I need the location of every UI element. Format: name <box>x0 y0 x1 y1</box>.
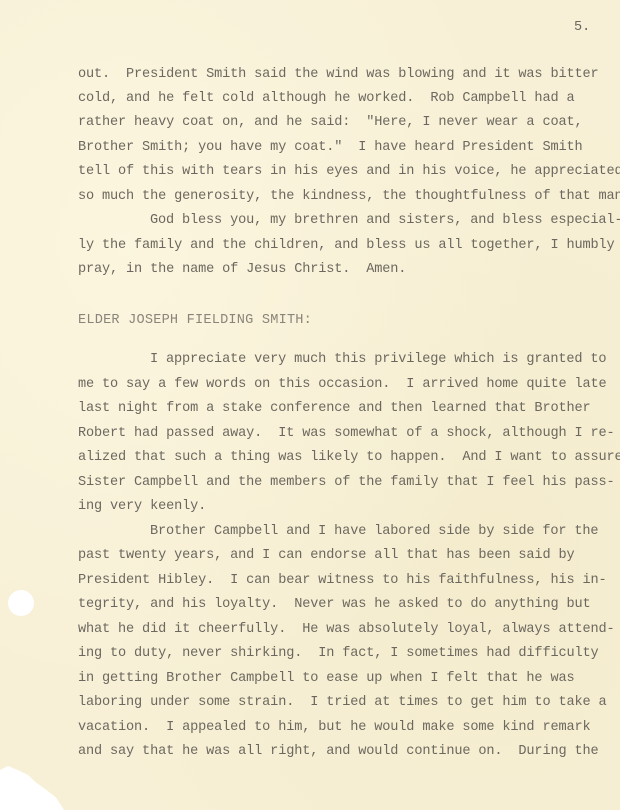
text-line: President Hibley. I can bear witness to … <box>78 573 607 589</box>
speaker-heading: ELDER JOSEPH FIELDING SMITH: <box>78 313 312 329</box>
text-line: and say that he was all right, and would… <box>78 744 599 760</box>
text-line: me to say a few words on this occasion. … <box>78 377 607 393</box>
text-line: ly the family and the children, and bles… <box>78 238 615 254</box>
text-line: Sister Campbell and the members of the f… <box>78 475 615 491</box>
text-line: in getting Brother Campbell to ease up w… <box>78 671 574 687</box>
text-line: God bless you, my brethren and sisters, … <box>150 213 620 229</box>
text-line: out. President Smith said the wind was b… <box>78 67 599 83</box>
text-line: last night from a stake conference and t… <box>78 401 591 417</box>
text-line: laboring under some strain. I tried at t… <box>78 695 607 711</box>
text-line: vacation. I appealed to him, but he woul… <box>78 720 591 736</box>
text-line: tegrity, and his loyalty. Never was he a… <box>78 597 591 613</box>
text-line: I appreciate very much this privilege wh… <box>150 352 606 368</box>
torn-corner <box>0 760 80 810</box>
text-line: tell of this with tears in his eyes and … <box>78 164 620 180</box>
text-line: Brother Campbell and I have labored side… <box>150 524 598 540</box>
punch-hole <box>8 590 34 616</box>
text-line: so much the generosity, the kindness, th… <box>78 189 620 205</box>
text-line: cold, and he felt cold although he worke… <box>78 91 574 107</box>
text-line: rather heavy coat on, and he said: "Here… <box>78 115 582 131</box>
text-line: what he did it cheerfully. He was absolu… <box>78 622 615 638</box>
text-line: Brother Smith; you have my coat." I have… <box>78 140 582 156</box>
text-line: past twenty years, and I can endorse all… <box>78 548 574 564</box>
text-line: ing to duty, never shirking. In fact, I … <box>78 646 599 662</box>
page-number: 5. <box>574 20 590 35</box>
text-line: pray, in the name of Jesus Christ. Amen. <box>78 262 406 278</box>
text-line: alized that such a thing was likely to h… <box>78 450 620 466</box>
text-line: Robert had passed away. It was somewhat … <box>78 426 615 442</box>
text-line: ing very keenly. <box>78 499 206 515</box>
